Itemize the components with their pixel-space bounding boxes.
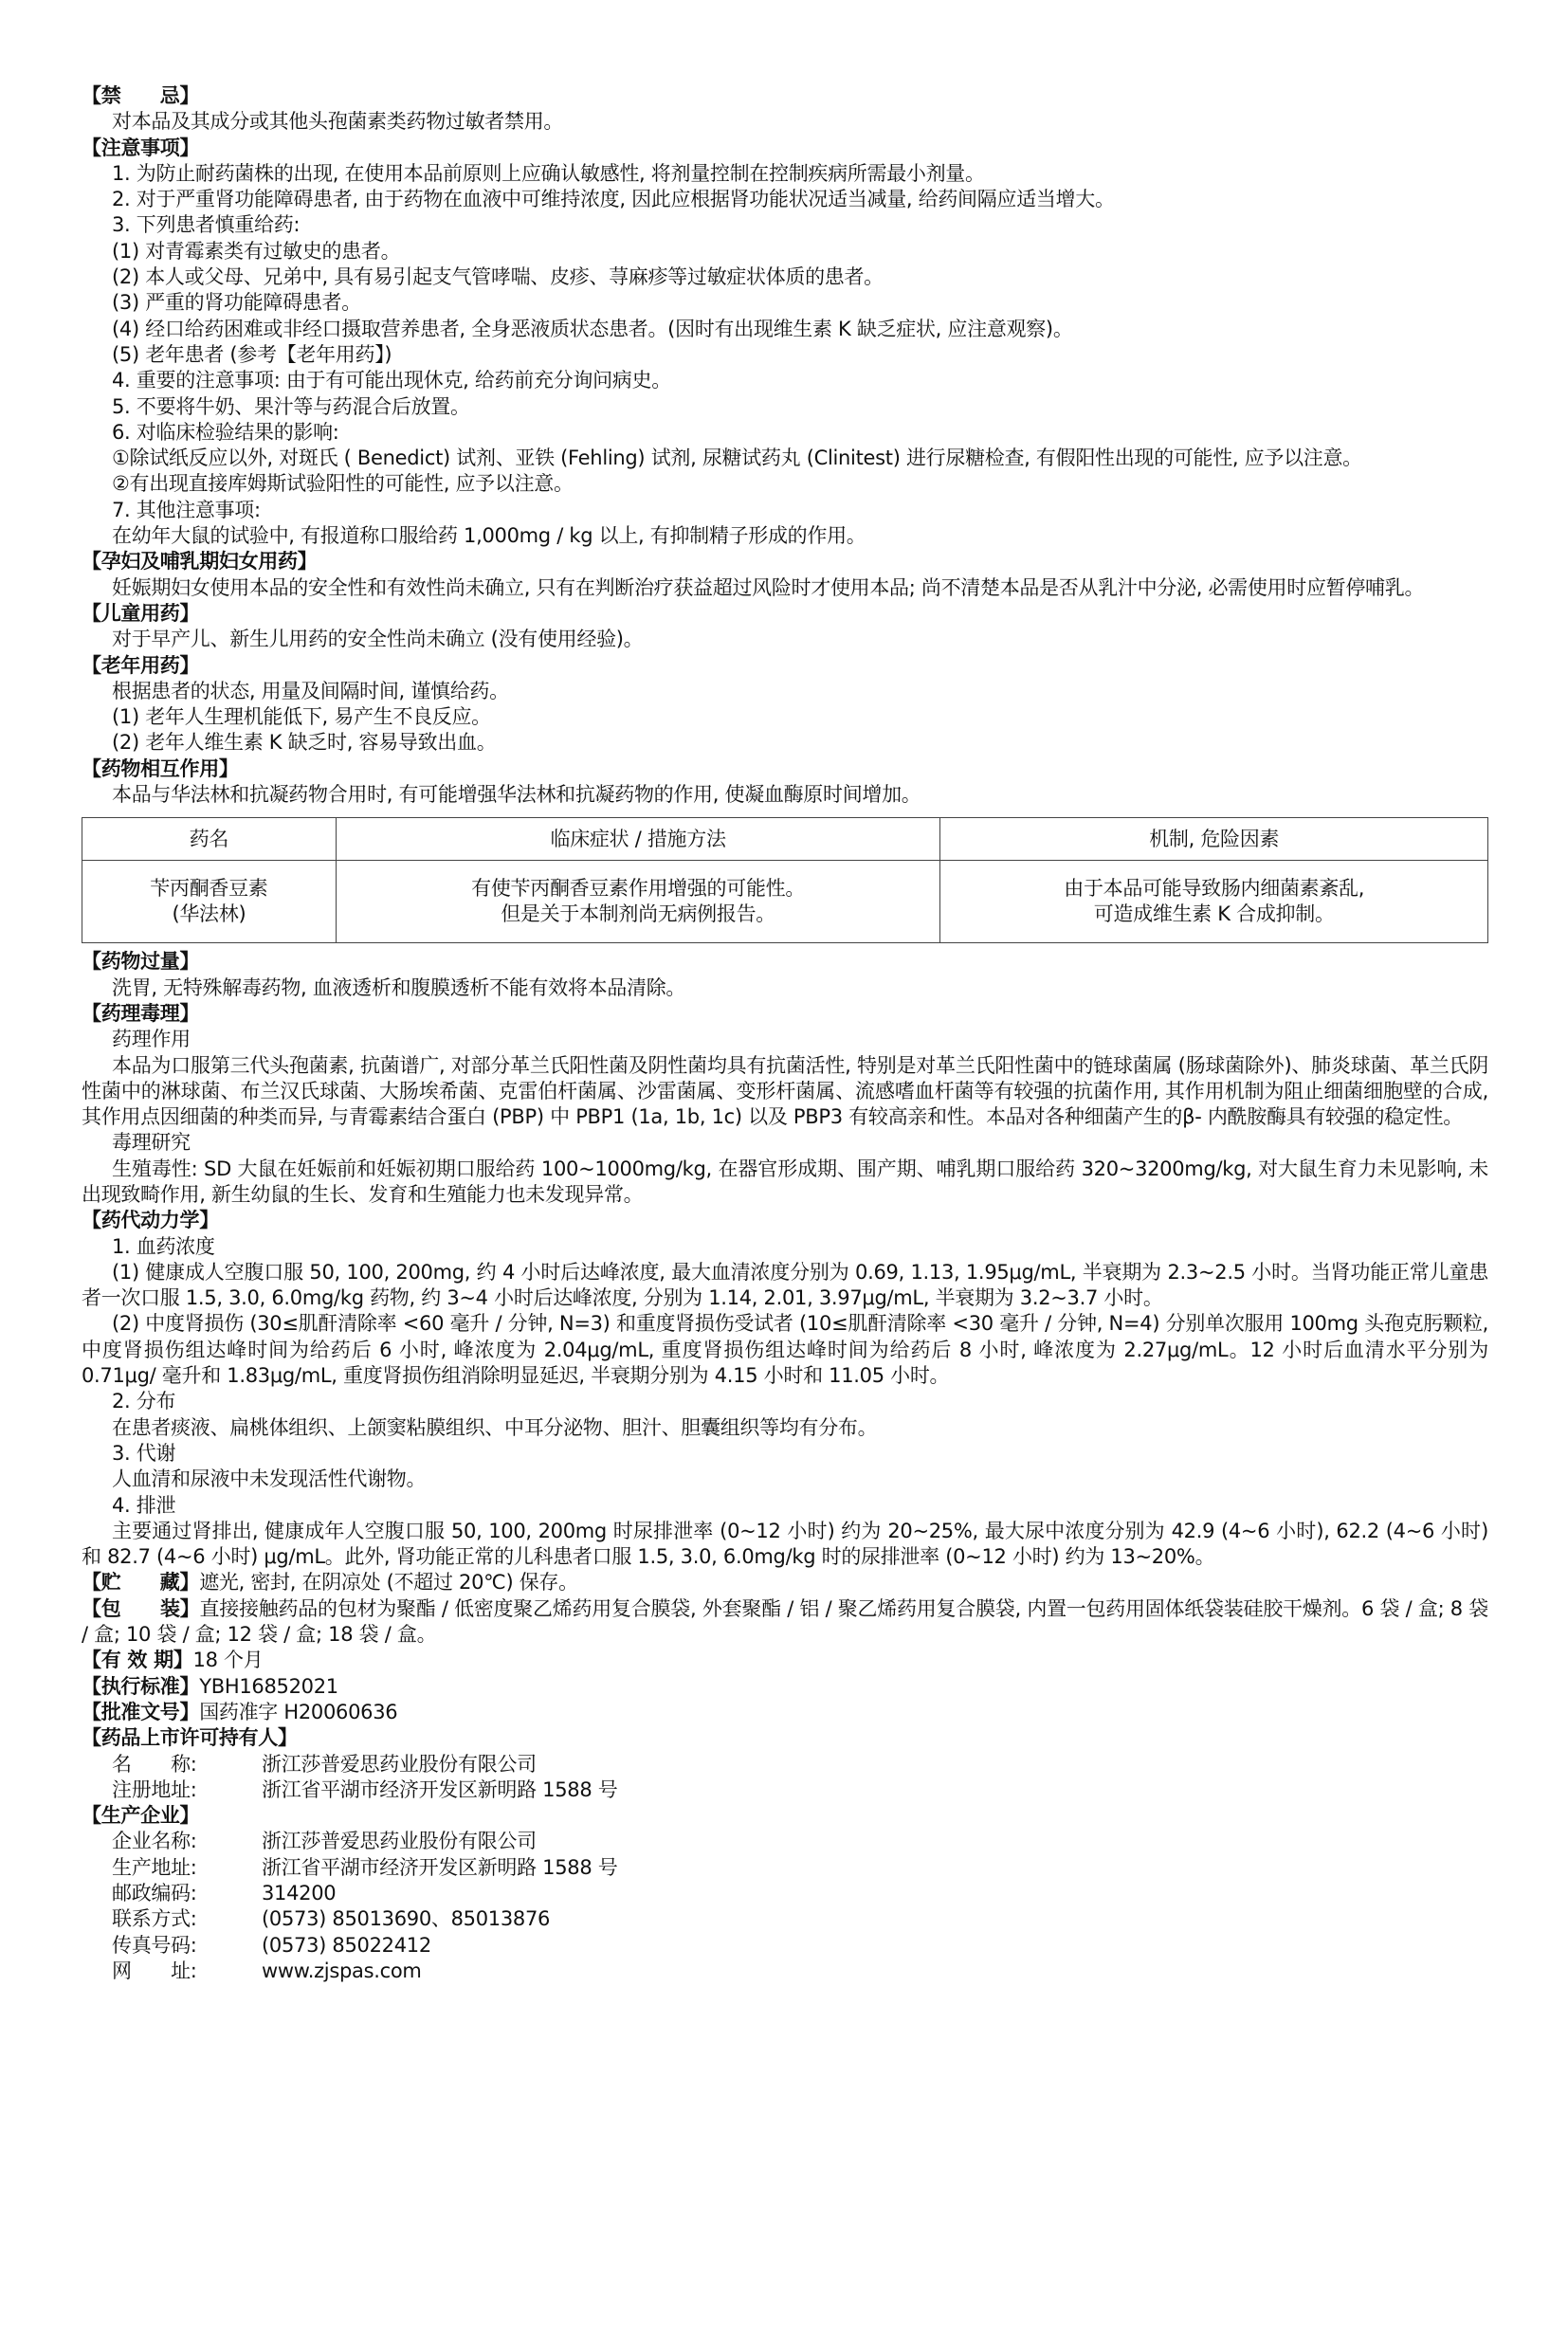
section-title-pharmacology: 【药理毒理】 — [82, 1001, 1488, 1027]
precaution-item: 5. 不要将牛奶、果汁等与药混合后放置。 — [82, 394, 1488, 420]
field-label: 生产地址: — [112, 1855, 262, 1881]
precaution-item: (3) 严重的肾功能障碍患者。 — [82, 290, 1488, 316]
column-header-mechanism: 机制, 危险因素 — [940, 818, 1488, 861]
geriatric-text: 根据患者的状态, 用量及间隔时间, 谨慎给药。 — [82, 679, 1488, 704]
section-title-packaging: 【包 装】 — [82, 1597, 199, 1620]
manufacturer-postcode-row: 邮政编码:314200 — [82, 1881, 1488, 1906]
other-precautions-title: 7. 其他注意事项: — [82, 498, 1488, 523]
section-title-pregnancy: 【孕妇及哺乳期妇女用药】 — [82, 549, 1488, 574]
validity-row: 【有 效 期】18 个月 — [82, 1648, 1488, 1673]
interaction-table: 药名 临床症状 / 措施方法 机制, 危险因素 苄丙酮香豆素 (华法林) 有使苄… — [82, 817, 1488, 943]
approval-text: 国药准字 H20060636 — [199, 1701, 397, 1723]
field-label: 邮政编码: — [112, 1881, 262, 1906]
pharmacology-text: 本品为口服第三代头孢菌素, 抗菌谱广, 对部分革兰氏阳性菌及阴性菌均具有抗菌活性… — [82, 1053, 1488, 1131]
pediatric-text: 对于早产儿、新生儿用药的安全性尚未确立 (没有使用经验)。 — [82, 627, 1488, 652]
cell-symptoms: 有使苄丙酮香豆素作用增强的可能性。 但是关于本制剂尚无病例报告。 — [336, 861, 940, 943]
precaution-item: 1. 为防止耐药菌株的出现, 在使用本品前原则上应确认敏感性, 将剂量控制在控制… — [82, 161, 1488, 187]
drug-leaflet: 【禁 忌】 对本品及其成分或其他头孢菌素类药物过敏者禁用。 【注意事项】 1. … — [82, 83, 1488, 1984]
pk-paragraph: 在患者痰液、扁桃体组织、上颌窦粘膜组织、中耳分泌物、胆汁、胆囊组织等均有分布。 — [82, 1415, 1488, 1441]
cell-drug: 苄丙酮香豆素 (华法林) — [82, 861, 337, 943]
section-title-contraindications: 【禁 忌】 — [82, 83, 1488, 109]
approval-row: 【批准文号】国药准字 H20060636 — [82, 1700, 1488, 1725]
manufacturer-phone-row: 联系方式:(0573) 85013690、85013876 — [82, 1906, 1488, 1932]
field-label: 企业名称: — [112, 1829, 262, 1854]
field-value: 浙江莎普爱思药业股份有限公司 — [262, 1830, 537, 1852]
precaution-item: (5) 老年患者 (参考【老年用药】) — [82, 342, 1488, 368]
mah-name-row: 名 称:浙江莎普爱思药业股份有限公司 — [82, 1752, 1488, 1777]
field-label: 网 址: — [112, 1959, 262, 1984]
cell-line: 苄丙酮香豆素 — [83, 876, 335, 902]
standard-row: 【执行标准】YBH16852021 — [82, 1674, 1488, 1700]
precaution-item: (1) 对青霉素类有过敏史的患者。 — [82, 239, 1488, 264]
packaging-text: 直接接触药品的包材为聚酯 / 低密度聚乙烯药用复合膜袋, 外套聚酯 / 铝 / … — [82, 1597, 1488, 1646]
field-value: 浙江省平湖市经济开发区新明路 1588 号 — [262, 1778, 618, 1801]
cell-line: (华法林) — [83, 902, 335, 927]
section-title-pharmacokinetics: 【药代动力学】 — [82, 1208, 1488, 1233]
field-label: 注册地址: — [112, 1777, 262, 1803]
field-value: (0573) 85022412 — [262, 1934, 431, 1957]
section-title-manufacturer: 【生产企业】 — [82, 1803, 1488, 1829]
pk-subtitle: 3. 代谢 — [82, 1441, 1488, 1467]
lab-effect-2: ②有出现直接库姆斯试验阳性的可能性, 应予以注意。 — [82, 471, 1488, 497]
column-header-symptoms: 临床症状 / 措施方法 — [336, 818, 940, 861]
manufacturer-name-row: 企业名称:浙江莎普爱思药业股份有限公司 — [82, 1829, 1488, 1854]
field-value: 浙江省平湖市经济开发区新明路 1588 号 — [262, 1856, 618, 1879]
section-title-standard: 【执行标准】 — [82, 1675, 199, 1698]
precaution-item: (4) 经口给药困难或非经口摄取营养患者, 全身恶液质状态患者。(因时有出现维生… — [82, 317, 1488, 342]
column-header-drug: 药名 — [82, 818, 337, 861]
precaution-item: 4. 重要的注意事项: 由于有可能出现休克, 给药前充分询问病史。 — [82, 368, 1488, 393]
contraindications-text: 对本品及其成分或其他头孢菌素类药物过敏者禁用。 — [82, 109, 1488, 135]
geriatric-text: (1) 老年人生理机能低下, 易产生不良反应。 — [82, 704, 1488, 730]
overdose-text: 洗胃, 无特殊解毒药物, 血液透析和腹膜透析不能有效将本品清除。 — [82, 975, 1488, 1001]
precaution-item: 3. 下列患者慎重给药: — [82, 212, 1488, 238]
pk-paragraph: (2) 中度肾损伤 (30≤肌酐清除率 <60 毫升 / 分钟, N=3) 和重… — [82, 1311, 1488, 1389]
cell-mechanism: 由于本品可能导致肠内细菌素紊乱, 可造成维生素 K 合成抑制。 — [940, 861, 1488, 943]
pk-paragraph: 主要通过肾排出, 健康成年人空腹口服 50, 100, 200mg 时尿排泄率 … — [82, 1519, 1488, 1571]
precaution-item: 2. 对于严重肾功能障碍患者, 由于药物在血液中可维持浓度, 因此应根据肾功能状… — [82, 187, 1488, 212]
interactions-text: 本品与华法林和抗凝药物合用时, 有可能增强华法林和抗凝药物的作用, 使凝血酶原时… — [82, 782, 1488, 808]
manufacturer-fax-row: 传真号码:(0573) 85022412 — [82, 1933, 1488, 1959]
storage-text: 遮光, 密封, 在阴凉处 (不超过 20℃) 保存。 — [199, 1571, 578, 1594]
table-header-row: 药名 临床症状 / 措施方法 机制, 危险因素 — [82, 818, 1488, 861]
field-label: 名 称: — [112, 1752, 262, 1777]
pk-subtitle: 2. 分布 — [82, 1389, 1488, 1414]
field-label: 联系方式: — [112, 1906, 262, 1932]
packaging-row: 【包 装】直接接触药品的包材为聚酯 / 低密度聚乙烯药用复合膜袋, 外套聚酯 /… — [82, 1596, 1488, 1649]
section-title-interactions: 【药物相互作用】 — [82, 756, 1488, 782]
lab-effect-1: ①除试纸反应以外, 对斑氏 ( Benedict) 试剂、亚铁 (Fehling… — [82, 446, 1488, 471]
field-value: 浙江莎普爱思药业股份有限公司 — [262, 1753, 537, 1776]
other-precautions-text: 在幼年大鼠的试验中, 有报道称口服给药 1,000mg / kg 以上, 有抑制… — [82, 523, 1488, 549]
field-value: 314200 — [262, 1882, 336, 1904]
validity-text: 18 个月 — [193, 1649, 264, 1671]
section-title-mah: 【药品上市许可持有人】 — [82, 1725, 1488, 1751]
pk-paragraph: 人血清和尿液中未发现活性代谢物。 — [82, 1467, 1488, 1492]
section-title-overdose: 【药物过量】 — [82, 949, 1488, 975]
pregnancy-text: 妊娠期妇女使用本品的安全性和有效性尚未确立, 只有在判断治疗获益超过风险时才使用… — [82, 575, 1488, 601]
storage-row: 【贮 藏】遮光, 密封, 在阴凉处 (不超过 20℃) 保存。 — [82, 1570, 1488, 1595]
pk-subtitle: 4. 排泄 — [82, 1493, 1488, 1519]
table-row: 苄丙酮香豆素 (华法林) 有使苄丙酮香豆素作用增强的可能性。 但是关于本制剂尚无… — [82, 861, 1488, 943]
precaution-item: 6. 对临床检验结果的影响: — [82, 420, 1488, 446]
pk-subtitle: 1. 血药浓度 — [82, 1234, 1488, 1260]
cell-line: 但是关于本制剂尚无病例报告。 — [337, 902, 939, 927]
section-title-precautions: 【注意事项】 — [82, 136, 1488, 161]
mah-address-row: 注册地址:浙江省平湖市经济开发区新明路 1588 号 — [82, 1777, 1488, 1803]
manufacturer-website-row: 网 址:www.zjspas.com — [82, 1959, 1488, 1984]
toxicology-subtitle: 毒理研究 — [82, 1130, 1488, 1156]
section-title-geriatric: 【老年用药】 — [82, 653, 1488, 679]
standard-text: YBH16852021 — [199, 1675, 338, 1698]
pharmacology-subtitle: 药理作用 — [82, 1027, 1488, 1052]
section-title-approval: 【批准文号】 — [82, 1701, 199, 1723]
cell-line: 由于本品可能导致肠内细菌素紊乱, — [941, 876, 1486, 902]
section-title-pediatric: 【儿童用药】 — [82, 601, 1488, 627]
toxicology-text: 生殖毒性: SD 大鼠在妊娠前和妊娠初期口服给药 100~1000mg/kg, … — [82, 1157, 1488, 1209]
field-value: (0573) 85013690、85013876 — [262, 1907, 550, 1930]
geriatric-text: (2) 老年人维生素 K 缺乏时, 容易导致出血。 — [82, 730, 1488, 756]
manufacturer-address-row: 生产地址:浙江省平湖市经济开发区新明路 1588 号 — [82, 1855, 1488, 1881]
website-link[interactable]: www.zjspas.com — [262, 1959, 422, 1982]
pk-paragraph: (1) 健康成人空腹口服 50, 100, 200mg, 约 4 小时后达峰浓度… — [82, 1260, 1488, 1312]
field-label: 传真号码: — [112, 1933, 262, 1959]
cell-line: 可造成维生素 K 合成抑制。 — [941, 902, 1486, 927]
section-title-storage: 【贮 藏】 — [82, 1571, 199, 1594]
precaution-item: (2) 本人或父母、兄弟中, 具有易引起支气管哮喘、皮疹、荨麻疹等过敏症状体质的… — [82, 264, 1488, 290]
section-title-validity: 【有 效 期】 — [82, 1649, 193, 1671]
cell-line: 有使苄丙酮香豆素作用增强的可能性。 — [337, 876, 939, 902]
